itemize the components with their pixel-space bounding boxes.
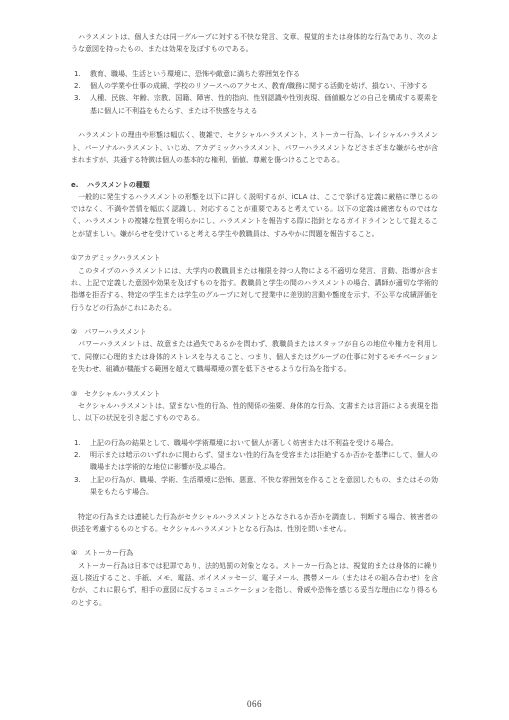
type-body: セクシャルハラスメントは、望まない性的行為、性的関係の強要、身体的な行為、文書ま…: [71, 400, 438, 425]
section-title: ハラスメントの種類: [87, 179, 150, 191]
sexual-followup-paragraph: 特定の行為または連続した行為がセクシャルハラスメントとみなされるか否かを調査し、…: [71, 511, 438, 536]
section-marker: e.: [71, 179, 87, 191]
list-item: 人種、民族、年齢、宗教、国籍、障害、性的指向、性別認識や性別表現、価値観などの自…: [90, 92, 438, 117]
section-lead-paragraph: 一般的に発生するハラスメントの形態を以下に詳しく説明するが、iCLA は、ここで…: [71, 191, 438, 240]
list-item: 個人の学業や仕事の成績、学校のリソースへのアクセス、教育/職務に関する活動を妨げ…: [90, 80, 438, 92]
type-heading: ④ ストーカー行為: [71, 547, 438, 559]
list-item: 教育、職場、生活という環境に、恐怖や敵意に満ちた雰囲気を作る: [90, 68, 438, 80]
list-item: 明示または暗示のいずれかに関わらず、望まない性的行為を受容または拒絶するか否かを…: [90, 449, 438, 474]
type-stalking: ④ ストーカー行為 ストーカー行為は日本では犯罪であり、法的処罰の対象となる。ス…: [71, 547, 438, 608]
forms-paragraph: ハラスメントの理由や形態は幅広く、複雑で、セクシャルハラスメント、ストーカー行為…: [71, 129, 438, 166]
page-content: ハラスメントは、個人または同一グループに対する不快な発言、文章、視覚的または身体…: [71, 31, 438, 609]
type-sexual-harassment: ③ セクシャルハラスメント セクシャルハラスメントは、望まない性的行為、性的関係…: [71, 388, 438, 425]
type-heading: ①アカデミックハラスメント: [71, 252, 438, 264]
list-item: 上記の行為の結果として、職場や学術環境において個人が著しく妨害または不利益を受け…: [90, 437, 438, 449]
type-power-harassment: ② パワーハラスメント パワーハラスメントは、故意または過失であるかを問わず、教…: [71, 326, 438, 375]
type-body: パワーハラスメントは、故意または過失であるかを問わず、教職員またはスタッフが自ら…: [71, 338, 438, 375]
type-body: このタイプのハラスメントには、大学内の教職員または権限を持つ人物による不適切な発…: [71, 265, 438, 314]
type-body: ストーカー行為は日本では犯罪であり、法的処罰の対象となる。ストーカー行為とは、視…: [71, 560, 438, 609]
section-heading-types: e. ハラスメントの種類: [71, 179, 438, 191]
list-item: 上記の行為が、職場、学術、生活環境に恐怖、悪意、不快な雰囲気を作ることを意図した…: [90, 474, 438, 499]
harassment-effects-list: 教育、職場、生活という環境に、恐怖や敵意に満ちた雰囲気を作る 個人の学業や仕事の…: [71, 68, 438, 117]
type-heading: ② パワーハラスメント: [71, 326, 438, 338]
page-number: 066: [0, 699, 509, 709]
document-page: ハラスメントは、個人または同一グループに対する不快な発言、文章、視覚的または身体…: [0, 0, 509, 720]
sexual-harassment-conditions-list: 上記の行為の結果として、職場や学術環境において個人が著しく妨害または不利益を受け…: [71, 437, 438, 498]
type-academic-harassment: ①アカデミックハラスメント このタイプのハラスメントには、大学内の教職員または権…: [71, 252, 438, 313]
type-heading: ③ セクシャルハラスメント: [71, 388, 438, 400]
intro-paragraph: ハラスメントは、個人または同一グループに対する不快な発言、文章、視覚的または身体…: [71, 31, 438, 56]
